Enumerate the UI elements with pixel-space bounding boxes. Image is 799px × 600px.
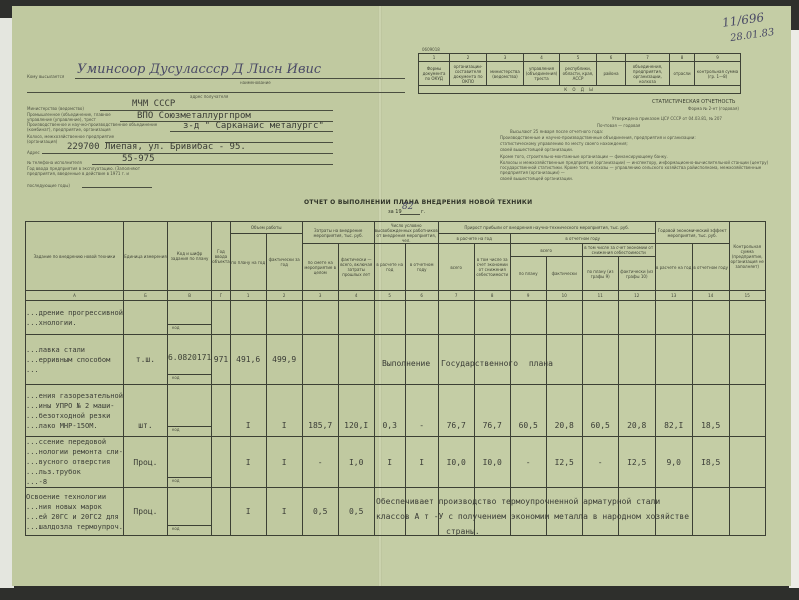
address-value: 229700 Лиепая, ул. Бривибас - 95. (67, 142, 246, 152)
column-numbers-row: А Б В Г 1 2 3 4 5 6 7 8 9 10 11 12 13 14… (26, 291, 766, 301)
phone-label: № телефона исполнителя (27, 160, 82, 165)
value-cell (729, 335, 765, 385)
value-cell: I (374, 437, 405, 488)
header-profit-report-total: всего (510, 244, 582, 257)
form-code: 0609018 (422, 47, 440, 52)
col-num: 6 (405, 291, 438, 301)
col-num: 5 (374, 291, 405, 301)
value-cell (618, 335, 655, 385)
value-cell (692, 335, 729, 385)
header-costs: Затраты на внедрение мероприятия, тыс. р… (302, 222, 374, 244)
value-cell: 499,9 (266, 335, 302, 385)
report-table: Задание по внедрению новой техники Едини… (25, 221, 766, 536)
table-row: ...дрение прогрессивной ...хнологии. код (26, 301, 766, 335)
task-line: ...нологии ремонта сли- (26, 447, 123, 457)
header-profit-incl: в том числе за счет экономии от снижения… (582, 244, 655, 257)
task-line: ...ссение передовой (26, 437, 123, 447)
task-line: ...хнологии. (26, 318, 123, 328)
col-num: Г (212, 291, 230, 301)
value-cell (302, 335, 338, 385)
col-num: 15 (729, 291, 765, 301)
value-cell (338, 335, 374, 385)
phone-value: 55-975 (122, 154, 155, 164)
code-col-label: контрольная сумма (гр. 1—8) (695, 62, 741, 86)
kod-label: код (168, 374, 211, 384)
value-cell (230, 301, 266, 335)
task-line: ...льз.трубок (26, 467, 123, 477)
value-cell (729, 301, 765, 335)
header-profit: Прирост прибыли от внедрения научно-техн… (438, 222, 655, 234)
col-num: 3 (302, 291, 338, 301)
col-num: 9 (510, 291, 546, 301)
reporting-approved: Утверждена приказом ЦСУ СССР от 04.03.81… (612, 116, 722, 121)
year-cell (212, 488, 230, 536)
col-num: 1 (230, 291, 266, 301)
code-col-label: министерства (ведомства) (487, 62, 524, 86)
value-cell (405, 301, 438, 335)
code-col-num: 2 (450, 54, 487, 62)
header-unit: Единица измерения (123, 222, 167, 291)
value-cell: 0,3 (374, 385, 405, 437)
address-label: Адрес (27, 150, 40, 155)
col-num: 8 (474, 291, 510, 301)
code-col-num: 9 (695, 54, 741, 62)
value-cell (374, 301, 405, 335)
year-cell (212, 437, 230, 488)
col-num: 12 (618, 291, 655, 301)
header-workers-year: в расчете на год (374, 244, 405, 291)
task-line: ...лако МНР-15ОМ. (26, 421, 123, 431)
year-cell (212, 301, 230, 335)
value-cell (302, 301, 338, 335)
kod-label: код (168, 525, 211, 535)
row-note-line-3: страны. (446, 527, 480, 536)
code-col-num: 5 (560, 54, 597, 62)
col-num: А (26, 291, 124, 301)
codes-table: 1 2 3 4 5 6 7 8 9 Формы документа по ОКУ… (418, 53, 741, 94)
code-col-label: района (597, 62, 626, 86)
value-cell: I (266, 488, 302, 536)
task-line: ...вусного отверстия (26, 457, 123, 467)
value-cell: I2,5 (618, 437, 655, 488)
value-cell (655, 335, 692, 385)
value-cell: I0,0 (438, 437, 474, 488)
value-cell: 9,0 (655, 437, 692, 488)
value-cell: 20,8 (546, 385, 582, 437)
association-value: ВПО Союзметаллургпром (137, 111, 251, 121)
header-profit-incl-fact: фактически (из графы 10) (618, 257, 655, 291)
row-note-plan: Выполнение Государственного плана (382, 359, 553, 368)
code-col-num: 7 (626, 54, 670, 62)
year-label-2: последующие годы) (27, 183, 70, 188)
table-row: ...ения газорезательной ...ины УПРО № 2 … (26, 385, 766, 437)
value-cell: 491,6 (230, 335, 266, 385)
row-note-line-2: классов А т -У с получением экономии мет… (376, 512, 689, 521)
value-cell: I,0 (338, 437, 374, 488)
header-workers-report: в отчетном году (405, 244, 438, 291)
code-col-num: 8 (670, 54, 695, 62)
header-task: Задание по внедрению новой техники (26, 222, 124, 291)
value-cell: - (510, 437, 546, 488)
recipient-label: Кому высылается (27, 74, 64, 79)
value-cell: I (230, 437, 266, 488)
col-num: 7 (438, 291, 474, 301)
value-cell (692, 301, 729, 335)
codes-footer: К О Д Ы (419, 86, 741, 94)
value-cell: I2,5 (546, 437, 582, 488)
unit-cell (123, 301, 167, 335)
value-cell: 0,5 (302, 488, 338, 536)
value-cell: 60,5 (582, 385, 618, 437)
code-col-num: 1 (419, 54, 450, 62)
value-cell (474, 301, 510, 335)
header-code: Код и шифр задания по плану (167, 222, 211, 291)
value-cell: - (302, 437, 338, 488)
reporting-text-4: Кроме того, строительно-монтажные органи… (500, 154, 668, 159)
header-volume-plan: по плану на год (231, 234, 267, 290)
value-cell: I (405, 437, 438, 488)
reporting-form: Форма № 2-нт (годовая) (688, 106, 739, 111)
value-cell (438, 301, 474, 335)
value-cell (582, 301, 618, 335)
recipient-sub: наименование (240, 80, 271, 85)
value-cell: - (582, 437, 618, 488)
report-title: ОТЧЕТ О ВЫПОЛНЕНИИ ПЛАНА ВНЕДРЕНИЯ НОВОЙ… (304, 199, 532, 206)
value-cell: 60,5 (510, 385, 546, 437)
value-cell: I (266, 385, 302, 437)
value-cell (729, 385, 765, 437)
kod-label: код (168, 324, 211, 334)
reporting-text-2: статистическому управлению по месту свое… (500, 141, 628, 146)
header-workers: Число условно высвобожденных работников … (374, 222, 438, 244)
reporting-title: СТАТИСТИЧЕСКАЯ ОТЧЕТНОСТЬ (652, 99, 735, 105)
value-cell: I8,5 (692, 437, 729, 488)
value-cell (582, 335, 618, 385)
code-cell: 6.0820171 (168, 342, 211, 374)
value-cell: - (405, 385, 438, 437)
code-col-label: управления (объединения) треста (524, 62, 560, 86)
year-label: Год ввода предприятия в эксплуатацию. (З… (27, 166, 162, 176)
header-volume: Объем работы (230, 222, 302, 234)
code-col-num: 4 (524, 54, 560, 62)
value-cell (618, 301, 655, 335)
task-line: ...ния новых марок (26, 502, 123, 512)
col-num: 10 (546, 291, 582, 301)
col-num: 4 (338, 291, 374, 301)
header-profit-report: в отчетном году (510, 234, 655, 244)
task-line: ...ерривным способом (26, 355, 123, 365)
task-line: ... (26, 365, 123, 375)
reporting-text-5: Колхозы и межхозяйственные предприятия (… (500, 160, 770, 175)
reporting-text-1: Производственные и научно-производственн… (500, 135, 696, 140)
header-profit-year-total: всего (438, 244, 474, 291)
scanner-background-bottom (0, 588, 799, 600)
value-cell: 0,5 (338, 488, 374, 536)
value-cell (729, 437, 765, 488)
value-cell: I (230, 488, 266, 536)
value-cell: 76,7 (474, 385, 510, 437)
year-cell (212, 385, 230, 437)
task-line: ...ей 20ГС и 20ГС2 для (26, 512, 123, 522)
value-cell: 185,7 (302, 385, 338, 437)
value-cell: I (230, 385, 266, 437)
unit-cell: т.ш. (123, 335, 167, 385)
value-cell (510, 301, 546, 335)
reporting-text-3: своей вышестоящей организации. (500, 147, 573, 152)
kod-label: код (168, 426, 211, 436)
header-profit-year: в расчете на год (438, 234, 510, 244)
ministry-value: МЧМ СССР (132, 99, 175, 109)
col-num: В (167, 291, 211, 301)
unit-cell: Проц. (123, 437, 167, 488)
header-profit-year-cost: в том числе за счет экономии от снижения… (474, 244, 510, 291)
recipient-value: Уминсоор Дусулассср Д Лисн Ивис (77, 62, 321, 77)
value-cell (692, 488, 729, 536)
col-num: Б (123, 291, 167, 301)
header-costs-fact: фактически — всего, включая затраты прош… (338, 244, 374, 291)
task-line: ...ения газорезательной (26, 391, 123, 401)
value-cell (546, 301, 582, 335)
header-profit-incl-plan: по плану (из графы 9) (582, 257, 618, 291)
header-volume-fact: фактически за год (267, 234, 302, 290)
header-costs-estimate: по смете на мероприятие в целом (302, 244, 338, 291)
row-note-line-1: Обеспечивает производство термоупрочненн… (376, 497, 660, 506)
code-col-label: отрасли (670, 62, 695, 86)
task-line: ...-8 (26, 477, 123, 487)
header-year: Год ввода объекта (212, 222, 230, 291)
unit-cell: Проц. (123, 488, 167, 536)
header-effect-report: в отчетном году (692, 244, 729, 291)
value-cell: 82,I (655, 385, 692, 437)
task-line: ...безотходной резки (26, 411, 123, 421)
code-col-label: республики, области, края, АССР (560, 62, 597, 86)
code-col-label: Формы документа по ОКУД (419, 62, 450, 86)
col-num: 2 (266, 291, 302, 301)
address-sub: адрес получателя (190, 94, 228, 99)
task-line: ...лавка стали (26, 345, 123, 355)
col-num: 11 (582, 291, 618, 301)
enterprise-value: з-д " Сарканайс металургс" (183, 121, 324, 131)
code-col-label: объединения, предприятия, организации, к… (626, 62, 670, 86)
table-row: ...ссение передовой ...нологии ремонта с… (26, 437, 766, 488)
value-cell (338, 301, 374, 335)
value-cell: 120,I (338, 385, 374, 437)
code-col-num: 6 (597, 54, 626, 62)
unit-cell: шт. (123, 385, 167, 437)
report-year-suffix: г. (421, 209, 425, 215)
header-profit-fact: фактически (546, 257, 582, 291)
value-cell (729, 488, 765, 536)
ministry-label: Министерство (ведомство) (27, 106, 84, 111)
kod-label: код (168, 477, 211, 487)
year-cell: 971 (212, 335, 230, 385)
header-control: Контрольная сумма (предприятие, организа… (729, 222, 765, 291)
report-year-value: 82 (402, 202, 413, 212)
association-label: Промышленное (объединение, главное управ… (27, 112, 122, 122)
header-effect: Годовой экономический эффект мероприятия… (655, 222, 729, 244)
header-effect-year: в расчете на год (655, 244, 692, 291)
code-col-num: 3 (487, 54, 524, 62)
value-cell (655, 301, 692, 335)
header-profit-plan: по плану (510, 257, 546, 291)
value-cell: I0,0 (474, 437, 510, 488)
enterprise-label: Производственное и научно-производственн… (27, 122, 167, 132)
value-cell: 76,7 (438, 385, 474, 437)
value-cell: 20,8 (618, 385, 655, 437)
value-cell: 18,5 (692, 385, 729, 437)
task-line: ...ины УПРО № 2 маши- (26, 401, 123, 411)
value-cell (266, 301, 302, 335)
reporting-text-6: своей вышестоящей организации. (500, 176, 573, 181)
code-col-label: организации-составителя документа по ОКП… (450, 62, 487, 86)
task-line: ...шалдозла термоупроч. (26, 522, 123, 532)
reporting-deadline: Высылают 25 января после отчетного года: (510, 129, 603, 134)
task-line: Освоение технологии (26, 492, 123, 502)
task-line: ...дрение прогрессивной (26, 308, 123, 318)
value-cell: I (266, 437, 302, 488)
reporting-mail: Почтовая — годовая (597, 123, 640, 128)
col-num: 13 (655, 291, 692, 301)
col-num: 14 (692, 291, 729, 301)
